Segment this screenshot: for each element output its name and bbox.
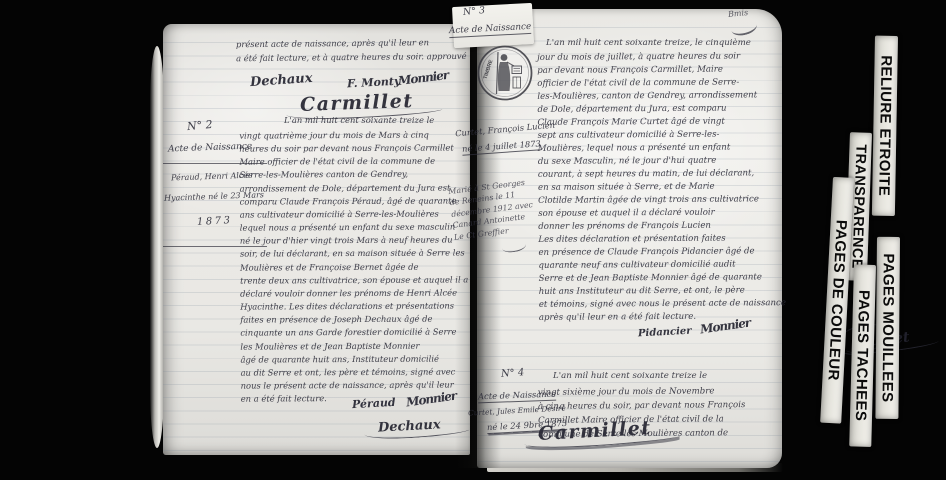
condition-label-pages-tachees: PAGES TACHEES [849, 264, 876, 447]
figure-body-icon [498, 62, 510, 91]
act-opening-line: L'an mil huit cent soixante treize le [284, 115, 434, 125]
register-photograph: présent acte de naissance, après qu'il l… [0, 0, 946, 480]
signature-peraud: Péraud [352, 396, 396, 411]
previous-act-closing-lines: présent acte de naissance, après qu'il l… [236, 35, 467, 65]
signature-dechaux: Dechaux [378, 417, 441, 435]
signature-mayor-carmillet: Carmillet [300, 90, 414, 116]
act-opening-line: L'an mil huit cent soixante treize le [553, 371, 707, 381]
condition-label-pages-de-couleur: PAGES DE COULEUR [820, 177, 854, 424]
timbre-justice-stamp: TIMBRE [476, 44, 534, 102]
figure-head-icon [501, 54, 508, 61]
act-number: N° 2 [186, 118, 213, 133]
act-body-lines: vingt sixième jour du mois de Novembre à… [538, 384, 746, 442]
condition-label-reliure-etroite: RELIURE ETROITE [872, 36, 898, 216]
act-year: 1873 [197, 215, 233, 228]
marginal-mention: Marié à St Georges de Reneins le 11 déce… [448, 176, 536, 243]
signature-f-monty: F. Monty [347, 75, 401, 91]
act-body-lines: jour du mois de juillet, à quatre heures… [537, 50, 786, 325]
act-number: N° 3 [463, 5, 486, 18]
act-opening-line: L'an mil huit cent soixante treize, le c… [546, 38, 751, 48]
act-body-lines: vingt quatrième jour du mois de Mars à c… [239, 128, 469, 405]
page-edge-stack-left [150, 46, 164, 448]
condition-label-pages-mouillees: PAGES MOUILLEES [875, 237, 900, 419]
act-number: N° 4 [501, 367, 525, 380]
